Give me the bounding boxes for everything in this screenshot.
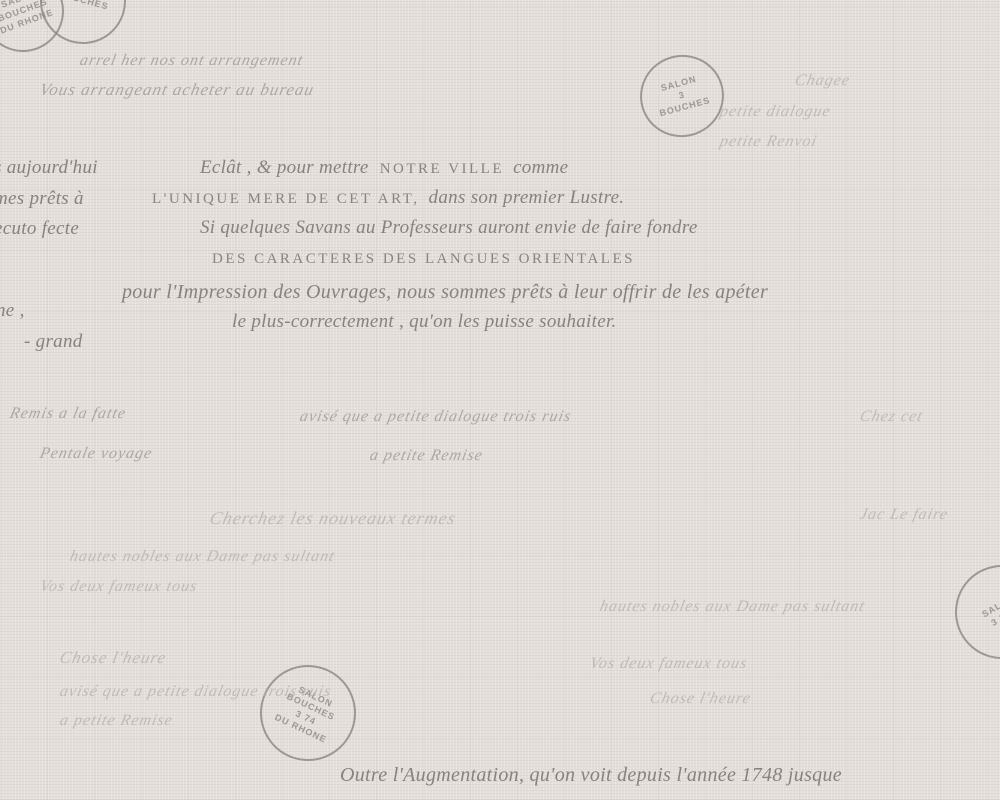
postmark-stamp: SALON 3 MAI (938, 548, 1000, 676)
handwriting-line: Pentale voyage (38, 445, 154, 463)
handwriting-line: Cherchez les nouveaux termes (208, 508, 458, 529)
handwriting-line: arrel her nos ont arrangement (78, 52, 305, 70)
printed-line: DES CARACTERES DES LANGUES ORIENTALES (212, 251, 635, 268)
handwriting-line: Vous arrangeant acheter au bureau (38, 80, 316, 100)
handwriting-line: petite dialogue (718, 103, 832, 121)
stamp-text: BOUCHES (56, 0, 109, 13)
handwriting-line: hautes nobles aux Dame pas sultant (68, 548, 336, 566)
edge-text: - grand (24, 331, 83, 353)
handwriting-line: Vos deux fameux tous (38, 578, 199, 596)
edge-text: ecuto fecte (0, 218, 79, 240)
printed-line: L'UNIQUE MERE DE CET ART, dans son premi… (152, 187, 624, 209)
handwriting-line: Chez cet (858, 408, 924, 426)
handwriting-line: Chose l'heure (58, 648, 168, 668)
printed-bottom-line: Outre l'Augmentation, qu'on voit depuis … (340, 764, 842, 787)
handwriting-line: Chagee (793, 72, 852, 90)
printed-line: le plus-correctement , qu'on les puisse … (232, 311, 617, 333)
handwriting-line: Vos deux fameux tous (588, 655, 749, 673)
handwriting-line: a petite Remise (368, 447, 485, 465)
postmark-stamp: SALON 3 BOUCHES (631, 46, 733, 147)
handwriting-line: hautes nobles aux Dame pas sultant (598, 598, 866, 616)
handwriting-line: Remis a la fatte (8, 405, 128, 423)
printed-line: Eclât , & pour mettre NOTRE VILLE comme (200, 157, 568, 179)
edge-text: ne , (0, 300, 25, 322)
handwriting-line: petite Renvoi (718, 133, 819, 151)
handwriting-line: a petite Remise (58, 712, 175, 730)
edge-text: mes prêts à (0, 188, 84, 210)
handwriting-line: avisé que a petite dialogue trois ruis (298, 408, 573, 426)
handwriting-line: avisé que a petite dialogue trois ruis (58, 683, 333, 701)
postmark-stamp: SALON BOUCHES 3 74 DU RHONE (244, 649, 372, 777)
edge-text: s aujourd'hui (0, 157, 98, 179)
printed-line: Si quelques Savans au Professeurs auront… (200, 217, 698, 239)
printed-line: pour l'Impression des Ouvrages, nous som… (122, 281, 768, 304)
handwriting-line: Chose l'heure (648, 690, 753, 708)
handwriting-line: Jac Le faire (858, 506, 950, 524)
